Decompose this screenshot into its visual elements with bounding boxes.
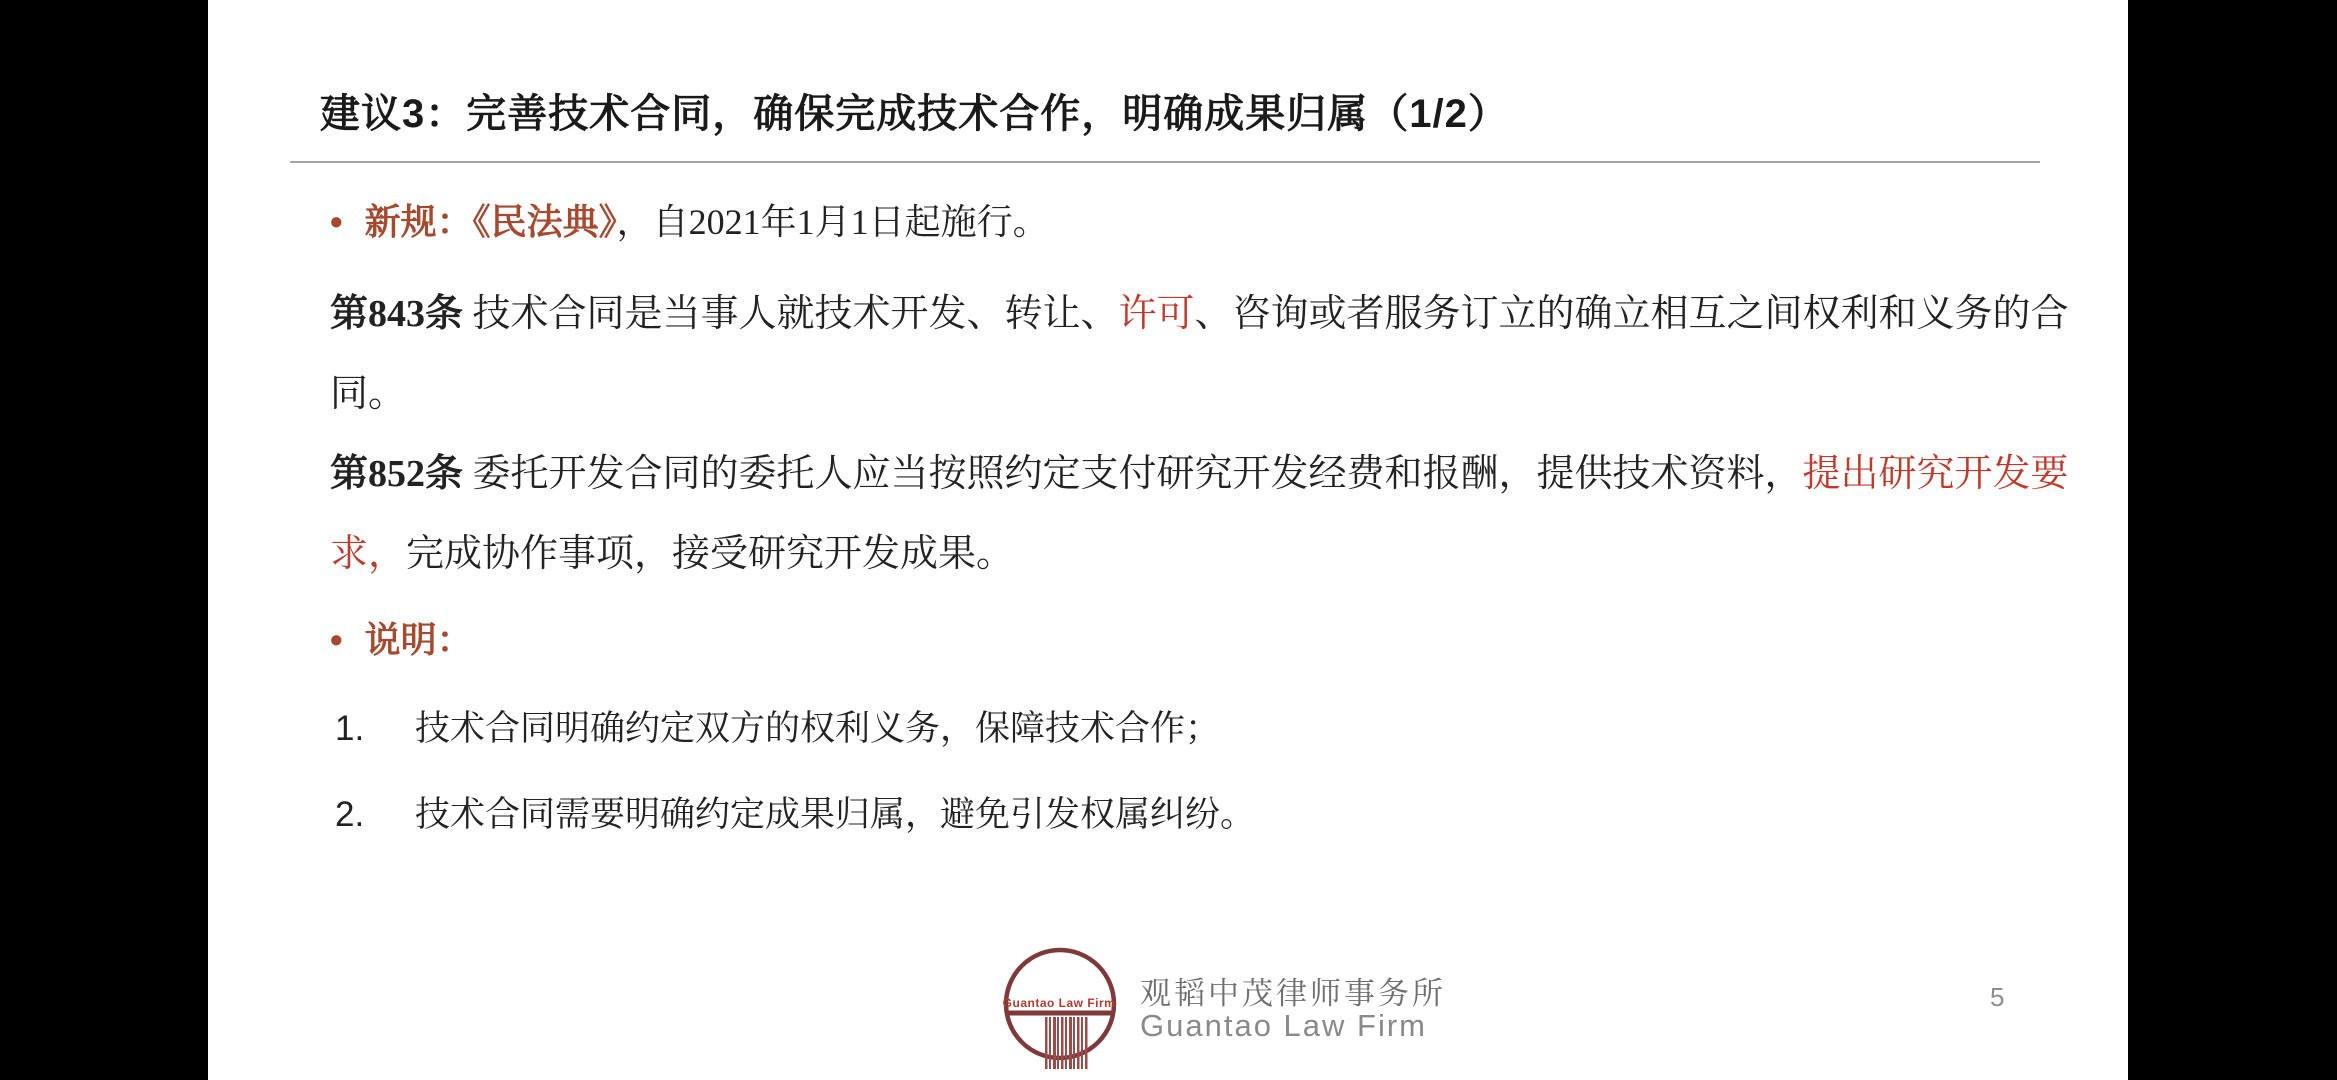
article-852-paragraph: 第852条 委托开发合同的委托人应当按照约定支付研究开发经费和报酬，提供技术资料…: [330, 434, 2105, 594]
article-852-text-2: 完成协作事项，接受研究开发成果。: [406, 533, 1014, 575]
newreg-label: 新规：: [365, 201, 473, 242]
logo-inner-text: Guantao Law Firm: [1003, 996, 1115, 1010]
article-843-text-1: 技术合同是当事人就技术开发、转让、: [463, 293, 1119, 335]
article-843-highlight: 许可: [1119, 293, 1195, 335]
bullet-item-notes: • 说明：: [330, 618, 473, 662]
article-852-text-1: 委托开发合同的委托人应当按照约定支付研究开发经费和报酬，提供技术资料，: [463, 453, 1803, 495]
page-number: 5: [1990, 982, 2004, 1013]
newreg-rest: ，自2021年1月1日起施行。: [617, 202, 1049, 242]
firm-name-english: Guantao Law Firm: [1140, 1008, 1427, 1044]
bullet-icon: •: [330, 618, 343, 662]
firm-name-chinese: 观韬中茂律师事务所: [1140, 968, 1446, 1013]
bullet-icon: •: [330, 200, 343, 244]
slide-title: 建议3：完善技术合同，确保完成技术合作，明确成果归属（1/2）: [320, 82, 1509, 139]
bullet-newreg-text: 新规：《民法典》，自2021年1月1日起施行。: [365, 200, 1049, 244]
bullet-item-newreg: • 新规：《民法典》，自2021年1月1日起施行。: [330, 200, 1049, 244]
notes-label: 说明：: [365, 618, 473, 662]
article-843-number: 第843条: [330, 293, 463, 335]
note-2-number: 2.: [335, 792, 415, 838]
article-843-paragraph: 第843条 技术合同是当事人就技术开发、转让、许可、咨询或者服务订立的确立相互之…: [330, 274, 2105, 434]
note-item-1: 1. 技术合同明确约定双方的权利义务，保障技术合作；: [335, 706, 1220, 752]
newreg-book-title: 《民法典》: [473, 202, 617, 242]
note-1-text: 技术合同明确约定双方的权利义务，保障技术合作；: [415, 706, 1220, 752]
title-underline: [290, 161, 2040, 163]
note-item-2: 2. 技术合同需要明确约定成果归属，避免引发权属纠纷。: [335, 792, 1255, 838]
note-2-text: 技术合同需要明确约定成果归属，避免引发权属纠纷。: [415, 792, 1255, 838]
logo-stripes: [1045, 1017, 1088, 1069]
law-firm-logo-icon: Guantao Law Firm: [1003, 946, 1117, 1079]
slide: 建议3：完善技术合同，确保完成技术合作，明确成果归属（1/2） • 新规：《民法…: [208, 0, 2128, 1080]
note-1-number: 1.: [335, 706, 415, 752]
article-852-number: 第852条: [330, 453, 463, 495]
